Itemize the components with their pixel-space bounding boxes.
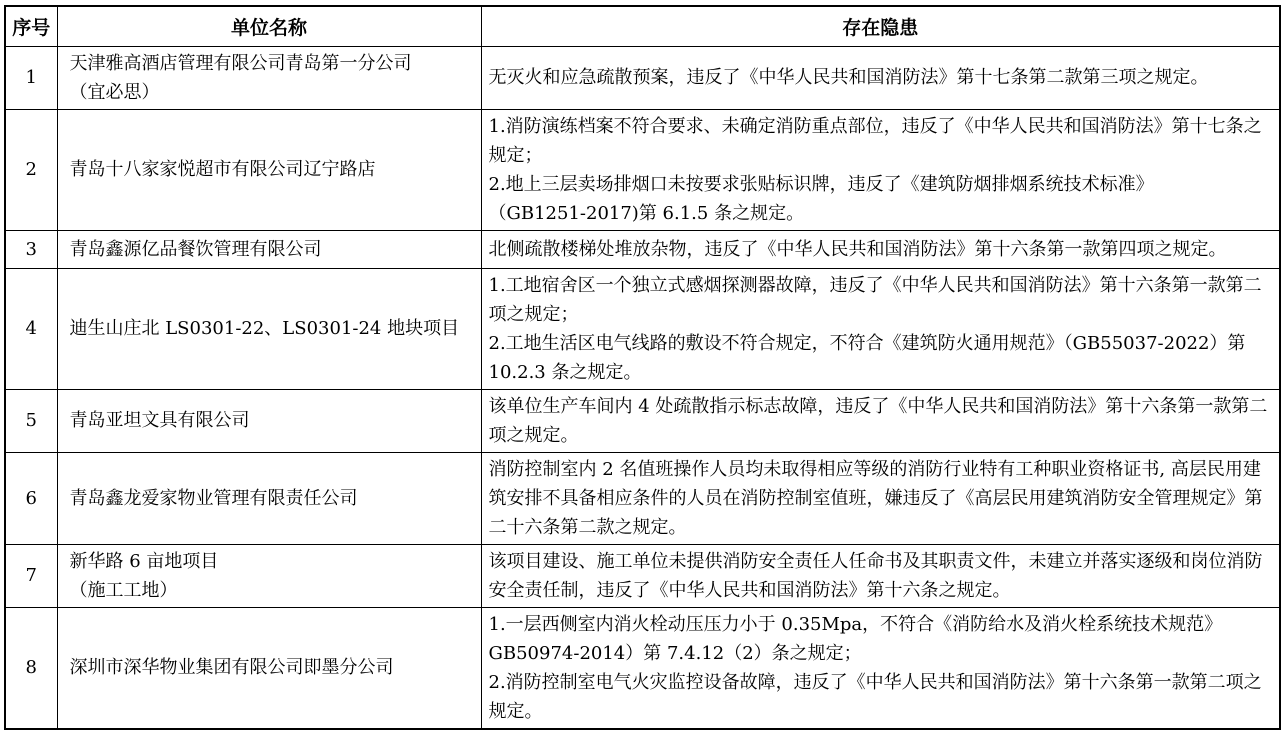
hazard-table: 序号 单位名称 存在隐患 1 天津雅高酒店管理有限公司青岛第一分公司 （宜必思）… xyxy=(4,5,1281,690)
row-hazard-text: 该项目建设、施工单位未提供消防安全责任人任命书及其职责文件，未建立并落实逐级和岗… xyxy=(481,544,1280,607)
row-hazard-text: 消防控制室内 2 名值班操作人员均未取得相应等级的消防行业特有工种职业资格证书,… xyxy=(481,452,1280,544)
table-row: 8 深圳市深华物业集团有限公司即墨分公司 1.一层西侧室内消火栓动压压力小于 0… xyxy=(5,607,1280,690)
header-hazard: 存在隐患 xyxy=(481,6,1280,46)
table-row: 6 青岛鑫龙爱家物业管理有限责任公司 消防控制室内 2 名值班操作人员均未取得相… xyxy=(5,452,1280,544)
table-row: 4 迪生山庄北 LS0301-22、LS0301-24 地块项目 1.工地宿舍区… xyxy=(5,268,1280,389)
row-serial-number: 2 xyxy=(5,109,57,230)
row-serial-number: 8 xyxy=(5,607,57,690)
row-hazard-text: 无灭火和应急疏散预案，违反了《中华人民共和国消防法》第十七条第二款第三项之规定。 xyxy=(481,46,1280,109)
row-hazard-text: 该单位生产车间内 4 处疏散指示标志故障，违反了《中华人民共和国消防法》第十六条… xyxy=(481,389,1280,452)
row-hazard-text: 1.一层西侧室内消火栓动压压力小于 0.35Mpa，不符合《消防给水及消火栓系统… xyxy=(481,607,1280,690)
row-unit-name: 天津雅高酒店管理有限公司青岛第一分公司 （宜必思） xyxy=(57,46,481,109)
row-hazard-text: 北侧疏散楼梯处堆放杂物，违反了《中华人民共和国消防法》第十六条第一款第四项之规定… xyxy=(481,230,1280,268)
row-unit-name: 深圳市深华物业集团有限公司即墨分公司 xyxy=(57,607,481,690)
row-unit-name: 青岛鑫龙爱家物业管理有限责任公司 xyxy=(57,452,481,544)
row-serial-number: 1 xyxy=(5,46,57,109)
row-serial-number: 6 xyxy=(5,452,57,544)
row-unit-name: 青岛亚坦文具有限公司 xyxy=(57,389,481,452)
table-row: 5 青岛亚坦文具有限公司 该单位生产车间内 4 处疏散指示标志故障，违反了《中华… xyxy=(5,389,1280,452)
row-unit-name: 迪生山庄北 LS0301-22、LS0301-24 地块项目 xyxy=(57,268,481,389)
row-hazard-text: 1.工地宿舍区一个独立式感烟探测器故障，违反了《中华人民共和国消防法》第十六条第… xyxy=(481,268,1280,389)
row-hazard-text: 1.消防演练档案不符合要求、未确定消防重点部位，违反了《中华人民共和国消防法》第… xyxy=(481,109,1280,230)
row-unit-name: 新华路 6 亩地项目 （施工工地） xyxy=(57,544,481,607)
row-serial-number: 3 xyxy=(5,230,57,268)
table-row: 3 青岛鑫源亿品餐饮管理有限公司 北侧疏散楼梯处堆放杂物，违反了《中华人民共和国… xyxy=(5,230,1280,268)
row-unit-name: 青岛鑫源亿品餐饮管理有限公司 xyxy=(57,230,481,268)
header-serial-number: 序号 xyxy=(5,6,57,46)
row-serial-number: 4 xyxy=(5,268,57,389)
table-header-row: 序号 单位名称 存在隐患 xyxy=(5,6,1280,46)
row-unit-name: 青岛十八家家悦超市有限公司辽宁路店 xyxy=(57,109,481,230)
row-serial-number: 5 xyxy=(5,389,57,452)
table-row: 1 天津雅高酒店管理有限公司青岛第一分公司 （宜必思） 无灭火和应急疏散预案，违… xyxy=(5,46,1280,109)
row-serial-number: 7 xyxy=(5,544,57,607)
header-unit-name: 单位名称 xyxy=(57,6,481,46)
table-row: 2 青岛十八家家悦超市有限公司辽宁路店 1.消防演练档案不符合要求、未确定消防重… xyxy=(5,109,1280,230)
table-row: 7 新华路 6 亩地项目 （施工工地） 该项目建设、施工单位未提供消防安全责任人… xyxy=(5,544,1280,607)
